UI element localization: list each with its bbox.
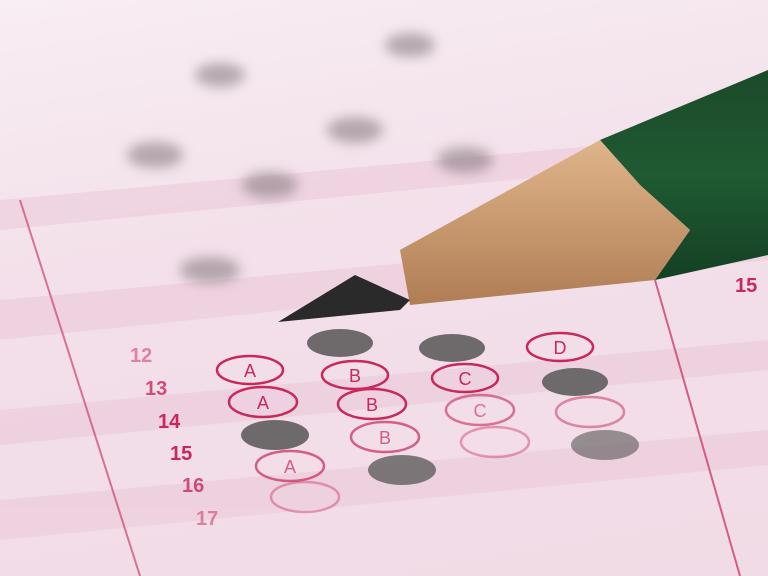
pencil (0, 0, 768, 576)
photo-scene: 12 13 14 15 16 17 15 (0, 0, 768, 576)
